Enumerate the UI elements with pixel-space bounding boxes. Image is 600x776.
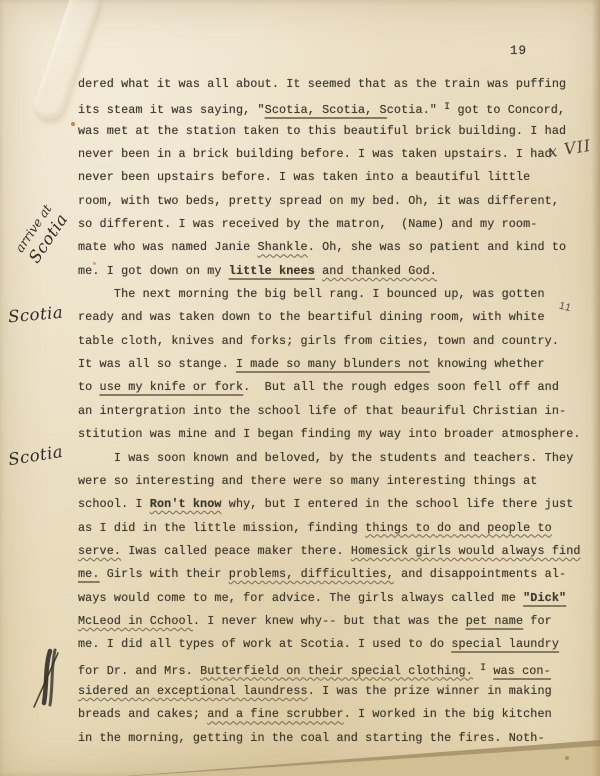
typed-line: me. Girls with their problems, difficult… [78, 563, 593, 586]
typed-line: ready and was taken down to the beartifu… [78, 306, 593, 329]
typed-line: table cloth, knives and forks; girls fro… [78, 330, 593, 353]
typed-segment: special laundry [451, 637, 559, 651]
typed-line: dered what it was all about. It seemed t… [78, 73, 593, 96]
typed-segment: so different. I was received by the matr… [78, 217, 537, 231]
typed-line: school. I Ron't know why, but I entered … [78, 493, 593, 516]
typed-segment: . I never knew why-- but that was the [193, 614, 466, 628]
typed-segment: was con- [493, 664, 550, 678]
typed-segment: were so interesting and there were so ma… [78, 474, 537, 488]
typed-segment: in the morning, getting in the coal and … [78, 731, 545, 745]
typed-segment: an intergration into the school life of … [78, 404, 566, 418]
typed-line: sidered an exceptional laundress. I was … [78, 680, 593, 703]
typed-segment: to [78, 380, 100, 394]
typed-segment: for [523, 614, 552, 628]
typed-segment: its steam it was saying, " [78, 103, 265, 117]
stain-speck [565, 756, 569, 760]
scanned-manuscript-page: 19 dered what it was all about. It seeme… [0, 0, 600, 776]
typed-segment: me. I did all types of work at Scotia. I… [78, 637, 451, 651]
typed-line: serve. Iwas called peace maker there. Ho… [78, 540, 593, 563]
typed-segment: Homesick girls would always find [351, 544, 581, 558]
typed-segment: room, with two beds, pretty spread on my… [78, 194, 559, 208]
typed-line: The next morning the big bell rang. I bo… [78, 283, 593, 306]
typed-segment: things to do and people to [365, 521, 552, 535]
typed-segment: . But all the rough edges soon fell off … [243, 380, 559, 394]
typed-line: room, with two beds, pretty spread on my… [78, 190, 593, 213]
typed-segment: me. I got down on my [78, 264, 229, 278]
typed-line: as I did in the little mission, finding … [78, 517, 593, 540]
typed-line: an intergration into the school life of … [78, 400, 593, 423]
typed-segment: me. [78, 567, 100, 581]
typed-segment: knowing whether [430, 357, 545, 371]
stain-speck [71, 122, 75, 126]
typed-segment: never been in a brick building before. I… [78, 147, 552, 161]
typed-line: its steam it was saying, "Scotia, Scotia… [78, 96, 593, 119]
typed-segment: I was soon known and beloved, by the stu… [78, 451, 573, 465]
page-right-edge [591, 0, 600, 776]
stain-speck [93, 262, 96, 265]
typed-segment: Butterfield on their special clothing. [200, 664, 473, 678]
typed-line: I was soon known and beloved, by the stu… [78, 447, 593, 470]
typed-segment: mate who was named Janie [78, 240, 257, 254]
typed-segment: Iwas called peace maker there. [121, 544, 351, 558]
typed-line: were so interesting and there were so ma… [78, 470, 593, 493]
typed-line: was met at the station taken to this bea… [78, 120, 593, 143]
typed-line: ways would come to me, for advice. The g… [78, 587, 593, 610]
typed-line: It was all so stange. I made so many blu… [78, 353, 593, 376]
typed-segment: It was all so stange. [78, 357, 236, 371]
typed-line: breads and cakes; and a fine scrubber. I… [78, 703, 593, 726]
typed-line: me. I got down on my little knees and th… [78, 260, 593, 283]
typed-segment: "Dick" [523, 591, 566, 605]
typed-segment [473, 664, 480, 678]
typed-segment: and thanked God. [322, 264, 437, 278]
typed-line: me. I did all types of work at Scotia. I… [78, 633, 593, 656]
typed-segment: Ron't know [150, 497, 222, 511]
typed-segment: The next morning the big bell rang. I bo… [78, 287, 545, 301]
typed-segment: for Dr. and Mrs. [78, 664, 200, 678]
typed-line: to use my knife or fork. But all the rou… [78, 376, 593, 399]
page-number: 19 [510, 44, 527, 58]
typed-segment: . I worked in the big kitchen [344, 707, 552, 721]
typed-segment: and disappointments al- [394, 567, 566, 581]
typed-segment: ready and was taken down to the beartifu… [78, 310, 545, 324]
typed-line: McLeod in Cchool. I never knew why-- but… [78, 610, 593, 633]
typed-segment: little knees [229, 264, 315, 278]
typed-segment: as I did in the little mission, finding [78, 521, 365, 535]
typed-line: for Dr. and Mrs. Butterfield on their sp… [78, 657, 593, 680]
typed-segment: dered what it was all about. It seemed t… [78, 77, 566, 91]
typed-segment: serve. [78, 544, 121, 558]
typed-segment: problems, difficulties, [229, 567, 394, 581]
typed-segment: table cloth, knives and forks; girls fro… [78, 334, 559, 348]
typed-segment: McLeod in Cchool [78, 614, 193, 628]
typed-segment: I made so many blunders not [236, 357, 430, 371]
typed-segment: Shankle [257, 240, 307, 254]
typed-segment: cotia." [387, 103, 444, 117]
typed-segment: use my knife or fork [100, 380, 244, 394]
typed-line: stitution was mine and I began finding m… [78, 423, 593, 446]
typed-segment: why, but I entered in the school life th… [222, 497, 574, 511]
typed-segment: sidered an exceptional laundress [78, 684, 308, 698]
typed-segment: Girls with their [100, 567, 229, 581]
typed-segment: never been upstairs before. I was taken … [78, 170, 530, 184]
typed-line: so different. I was received by the matr… [78, 213, 593, 236]
typed-segment: breads and cakes; [78, 707, 207, 721]
typed-segment: school. I [78, 497, 150, 511]
typed-segment: Scotia, Scotia, S [265, 103, 387, 117]
typed-segment: . Oh, she was so patient and kind to [308, 240, 566, 254]
typed-segment: stitution was mine and I began finding m… [78, 427, 581, 441]
typed-line: never been in a brick building before. I… [78, 143, 593, 166]
typed-line: never been upstairs before. I was taken … [78, 166, 593, 189]
typed-segment: was met at the station taken to this bea… [78, 124, 566, 138]
margin-scribble-mark [30, 645, 64, 709]
typed-text-block: dered what it was all about. It seemed t… [78, 73, 593, 750]
typed-segment: . I was the prize winner in making [308, 684, 552, 698]
typed-line: mate who was named Janie Shankle. Oh, sh… [78, 236, 593, 259]
typed-segment: got to Concord, [450, 103, 565, 117]
typed-segment: ways would come to me, for advice. The g… [78, 591, 523, 605]
typed-segment: pet name [466, 614, 523, 628]
typed-segment: and a fine scrubber [207, 707, 343, 721]
